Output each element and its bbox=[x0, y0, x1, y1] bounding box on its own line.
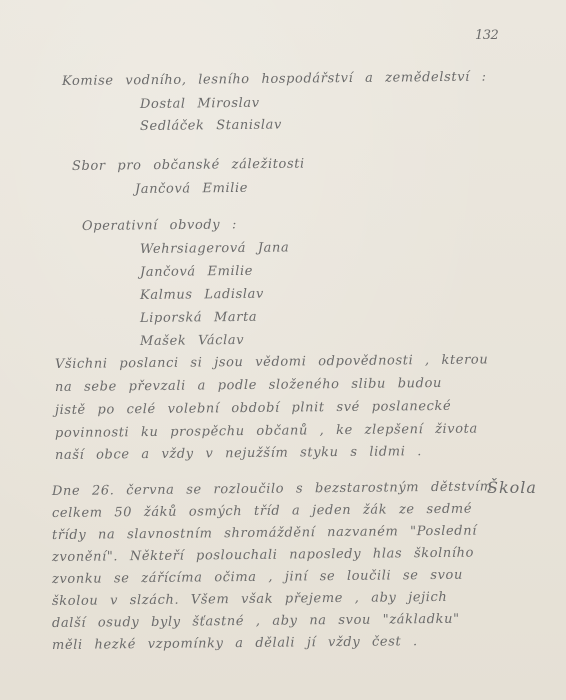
school-paragraph-line: celkem 50 žáků osmých tříd a jeden žák z… bbox=[52, 503, 472, 520]
deputies-paragraph-line: naší obce a vždy v nejužším styku s lidm… bbox=[55, 445, 422, 462]
deputies-paragraph-line: na sebe převzali a podle složeného slibu… bbox=[55, 377, 442, 394]
operative-district-member: Mašek Václav bbox=[140, 334, 244, 348]
deputies-paragraph-line: jistě po celé volební období plnit své p… bbox=[55, 400, 451, 417]
operative-district-member: Jančová Emilie bbox=[140, 265, 253, 279]
school-paragraph-line: Dne 26. června se rozloučilo s bezstaros… bbox=[52, 480, 493, 498]
deputies-paragraph-line: Všichni poslanci si jsou vědomi odpovědn… bbox=[55, 353, 488, 371]
margin-note-school: Škola bbox=[487, 478, 537, 497]
commission-member: Sedláček Stanislav bbox=[140, 119, 282, 133]
commission-member: Dostal Miroslav bbox=[140, 97, 260, 111]
deputies-paragraph-line: povinnosti ku prospěchu občanů , ke zlep… bbox=[55, 423, 478, 440]
civic-affairs-member: Jančová Emilie bbox=[135, 182, 248, 196]
operative-district-member: Kalmus Ladislav bbox=[140, 288, 264, 302]
handwritten-page: 132 Komise vodního, lesního hospodářství… bbox=[0, 0, 566, 700]
page-number: 132 bbox=[475, 28, 498, 43]
commission-heading: Komise vodního, lesního hospodářství a z… bbox=[62, 71, 487, 88]
school-paragraph-line: třídy na slavnostním shromáždění nazvané… bbox=[52, 525, 477, 542]
school-paragraph-line: zvonku se zářícíma očima , jiní se louči… bbox=[52, 569, 463, 586]
school-paragraph-line: školou v slzách. Všem však přejeme , aby… bbox=[52, 591, 447, 608]
operative-district-member: Liporská Marta bbox=[140, 311, 257, 325]
school-paragraph-line: zvonění". Někteří poslouchali naposledy … bbox=[52, 547, 474, 564]
school-paragraph-line: měli hezké vzpomínky a dělali jí vždy če… bbox=[52, 635, 418, 652]
operative-district-member: Wehrsiagerová Jana bbox=[140, 241, 289, 256]
civic-affairs-heading: Sbor pro občanské záležitosti bbox=[72, 158, 305, 173]
school-paragraph-line: další osudy byly šťastné , aby na svou "… bbox=[52, 613, 460, 630]
operative-districts-heading: Operativní obvody : bbox=[82, 218, 237, 233]
